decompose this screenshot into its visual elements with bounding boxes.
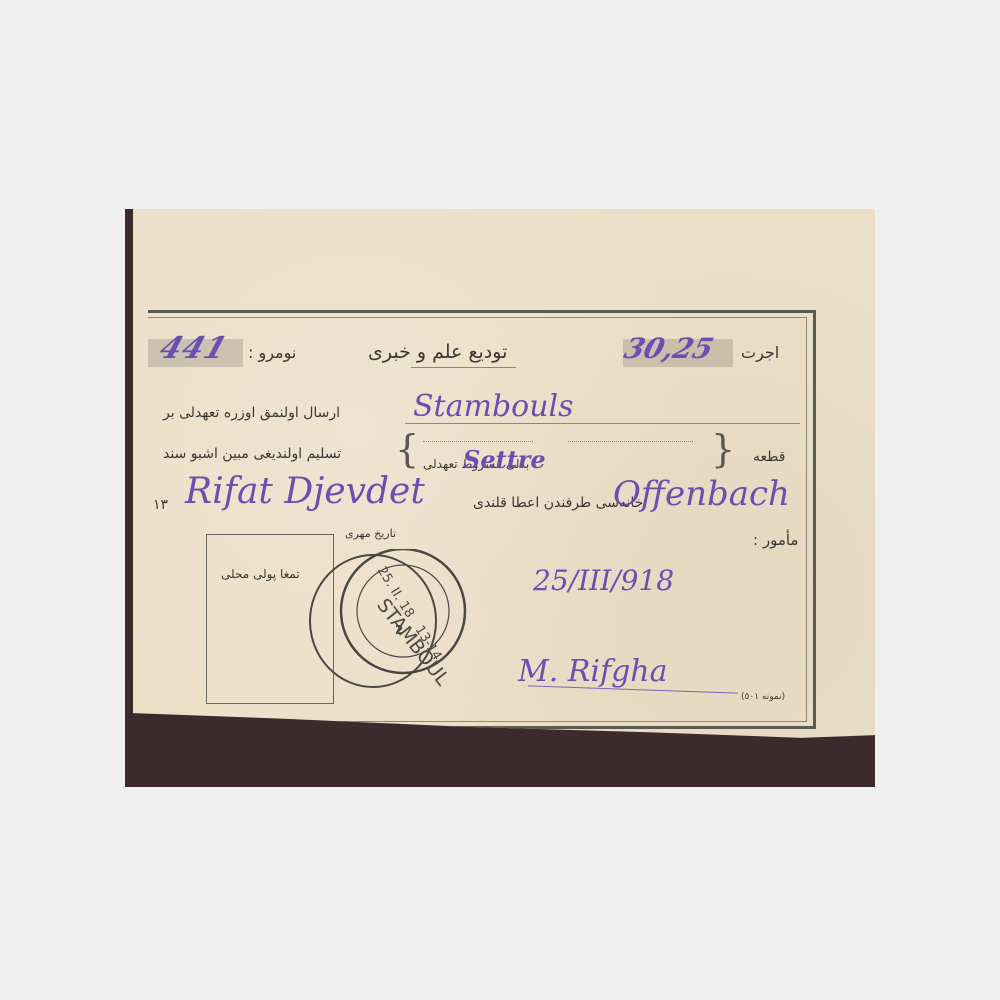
title-underline (411, 367, 516, 368)
handwritten-signature: M. Rifgha (518, 654, 668, 689)
right-brace: } (711, 427, 735, 471)
handwritten-number: 441 (155, 331, 232, 366)
form-title: تودیع علم و خبری (368, 341, 507, 363)
number-label: نومرو : (248, 343, 296, 362)
handwritten-destination: Stambouls (413, 389, 574, 424)
handwritten-piece-note: Settre (463, 445, 546, 474)
postmark-circle-icon: 25. II. 18 13-14 2 STAMBOUL (305, 549, 475, 689)
piece-label: قطعه (753, 449, 785, 465)
destination-line (405, 423, 800, 424)
handwritten-fee: 30,25 (621, 332, 718, 365)
handwritten-sender: Rifat Djevdet (185, 471, 425, 512)
handwritten-recipient: Offenbach (613, 474, 790, 514)
receipt-paper: 441 نومرو : تودیع علم و خبری 30,25 اجرت … (133, 209, 875, 757)
stamp-box-label: تمغا پولی محلی (221, 567, 300, 581)
year-prefix: ١٣ (153, 497, 168, 513)
dotted-line (568, 441, 693, 442)
dotted-line (423, 441, 533, 442)
official-label: مأمور : (753, 531, 798, 549)
printed-line-send: ارسال اولنمق اوزره تعهدلی بر (163, 405, 340, 421)
fee-label: اجرت (741, 343, 779, 362)
printed-line-deliver: تسلیم اولندیغی مبین اشبو سند (163, 446, 341, 462)
left-brace: { (395, 427, 419, 471)
postmark: 25. II. 18 13-14 2 STAMBOUL (305, 549, 475, 689)
form-number: (نمونه ٥٠١) (741, 692, 785, 702)
scanned-document-photo: 441 نومرو : تودیع علم و خبری 30,25 اجرت … (125, 209, 875, 787)
handwritten-date: 25/III/918 (533, 564, 674, 597)
date-stamp-label: تاریخ مهری (345, 527, 396, 540)
